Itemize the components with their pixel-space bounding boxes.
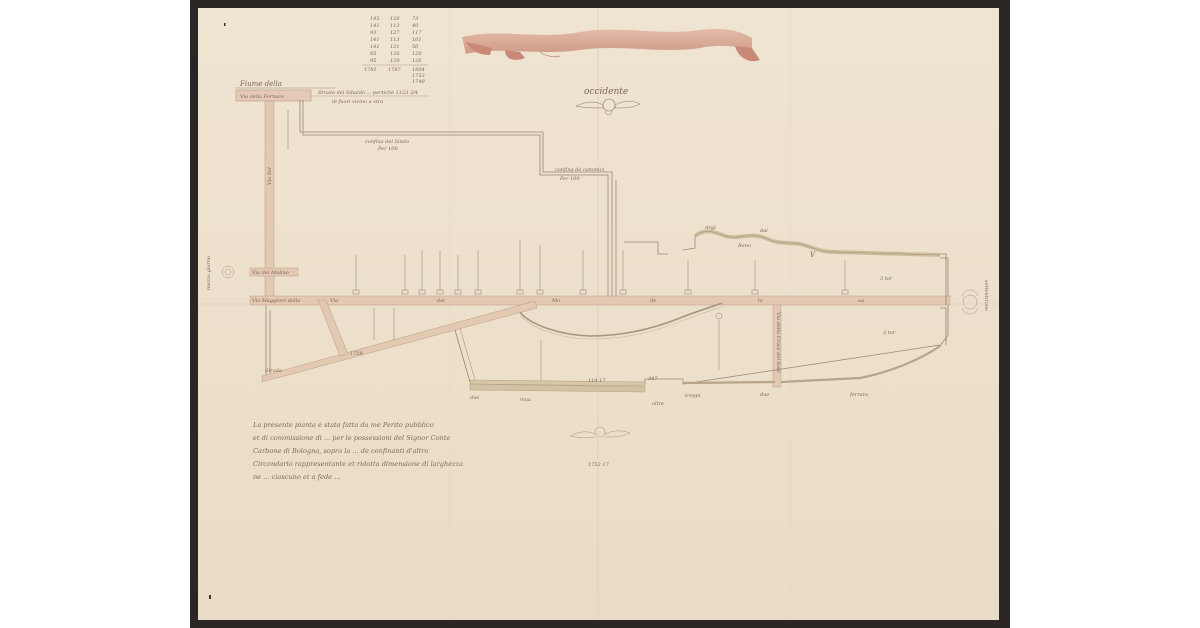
cherub-west: occidente	[576, 87, 640, 115]
road-label: Via della Fornace	[240, 94, 284, 100]
svg-text:126: 126	[390, 51, 400, 57]
note-upper: Strada del Sibaldo ... pertiche 1123 3/4	[318, 90, 418, 96]
river: Argi Reno dal V	[683, 225, 940, 259]
svg-text:141: 141	[370, 23, 380, 29]
svg-text:dal: dal	[760, 228, 768, 234]
distance-table: 145 141 93 141 141 85 95 126 113 127 113…	[362, 16, 428, 85]
svg-text:Carbone di Bologna, sopra la .: Carbone di Bologna, sopra la ... de conf…	[253, 447, 428, 455]
svg-text:40: 40	[411, 23, 419, 29]
svg-text:85: 85	[370, 51, 376, 57]
svg-text:confina de canonici: confina de canonici	[555, 167, 605, 173]
map-annotations: Via del Mulino 1729 Strada 114 17 347 du…	[252, 139, 896, 407]
svg-text:occidente: occidente	[584, 87, 628, 97]
svg-text:3 tor: 3 tor	[883, 330, 896, 336]
svg-text:Per 100: Per 100	[559, 176, 580, 182]
svg-text:Argi: Argi	[704, 225, 716, 231]
svg-text:126: 126	[412, 58, 422, 64]
svg-text:1740: 1740	[412, 79, 426, 85]
svg-text:V: V	[810, 251, 816, 259]
svg-text:145: 145	[370, 16, 380, 22]
svg-text:Reno: Reno	[737, 243, 751, 249]
svg-text:1781: 1781	[364, 67, 377, 73]
svg-text:ua: ua	[858, 298, 864, 304]
orientation-east: settentrione	[983, 280, 989, 311]
road-main	[250, 296, 950, 305]
fold-lines	[198, 8, 999, 620]
note-lower: di fuori vicino a stra	[332, 99, 383, 105]
svg-text:de: de	[650, 298, 656, 304]
svg-text:del: del	[437, 298, 445, 304]
svg-text:Mo: Mo	[551, 298, 560, 304]
svg-text:93: 93	[370, 30, 376, 36]
svg-text:120: 120	[390, 58, 400, 64]
west-road-label: Via Sel	[267, 167, 273, 185]
svg-text:Per 100: Per 100	[377, 146, 398, 152]
canal	[455, 328, 940, 392]
svg-text:confina del Sindo: confina del Sindo	[365, 139, 409, 145]
svg-text:oltre: oltre	[652, 401, 664, 407]
svg-text:Via del Mulino: Via del Mulino	[252, 270, 289, 276]
svg-text:126: 126	[390, 16, 400, 22]
svg-text:due: due	[760, 392, 769, 398]
svg-text:1787: 1787	[388, 67, 402, 73]
svg-text:347: 347	[648, 376, 658, 382]
east-road-label: Via della Croce del Sole	[775, 312, 781, 373]
svg-text:mua: mua	[520, 397, 531, 403]
svg-text:113: 113	[390, 37, 400, 43]
svg-text:141: 141	[370, 37, 380, 43]
svg-text:1729: 1729	[350, 351, 364, 357]
cherub-east	[570, 427, 630, 438]
title-banner	[462, 29, 760, 61]
svg-text:La presente pianta è stata fat: La presente pianta è stata fatta da me P…	[252, 421, 434, 429]
svg-text:Circondario rappresentante e: Circondario rappresentante et ridotta di…	[253, 460, 463, 468]
svg-text:lo: lo	[758, 298, 763, 304]
road-short-diagonal	[318, 300, 348, 356]
roads	[250, 101, 950, 387]
river-label: Fiume della	[239, 80, 282, 88]
svg-text:114 17: 114 17	[588, 378, 606, 384]
svg-text:95: 95	[370, 58, 376, 64]
svg-text:113: 113	[390, 23, 400, 29]
svg-text:117: 117	[412, 30, 422, 36]
ink-speck	[224, 23, 226, 26]
survey-map: 145 141 93 141 141 85 95 126 113 127 113…	[0, 0, 1200, 628]
legend-text: La presente pianta è stata fatta da me P…	[252, 421, 463, 481]
orientation-west: mezzo giorno	[206, 256, 212, 290]
svg-text:121: 121	[390, 44, 400, 50]
ink-speck	[209, 595, 211, 599]
svg-text:101: 101	[412, 37, 422, 43]
svg-text:ferrara: ferrara	[849, 392, 868, 398]
svg-text:Via Maggiore della: Via Maggiore della	[252, 298, 300, 304]
top-left-labels: Fiume della Via della Fornace Strada del…	[235, 80, 430, 105]
signature-date: 1752 17	[588, 462, 609, 468]
svg-text:141: 141	[370, 44, 380, 50]
svg-text:73: 73	[412, 16, 418, 22]
parcel-markers	[288, 110, 848, 380]
curved-track	[520, 303, 722, 336]
svg-text:due: due	[470, 395, 479, 401]
svg-text:treppi: treppi	[685, 393, 701, 399]
svg-text:Via: Via	[330, 298, 338, 304]
svg-text:et di commissione di ... per: et di commissione di ... per le possessi…	[253, 434, 450, 442]
compass-rose-west	[222, 266, 234, 278]
svg-text:50: 50	[412, 44, 419, 50]
road-diagonal	[262, 301, 537, 382]
svg-text:ne ... ciascuno et a fede: ne ... ciascuno et a fede ...	[253, 473, 341, 481]
svg-text:127: 127	[390, 30, 400, 36]
compass-rose-east	[962, 290, 978, 314]
svg-text:Strada: Strada	[265, 368, 282, 374]
svg-text:120: 120	[412, 51, 422, 57]
svg-text:3 tor: 3 tor	[880, 276, 893, 282]
